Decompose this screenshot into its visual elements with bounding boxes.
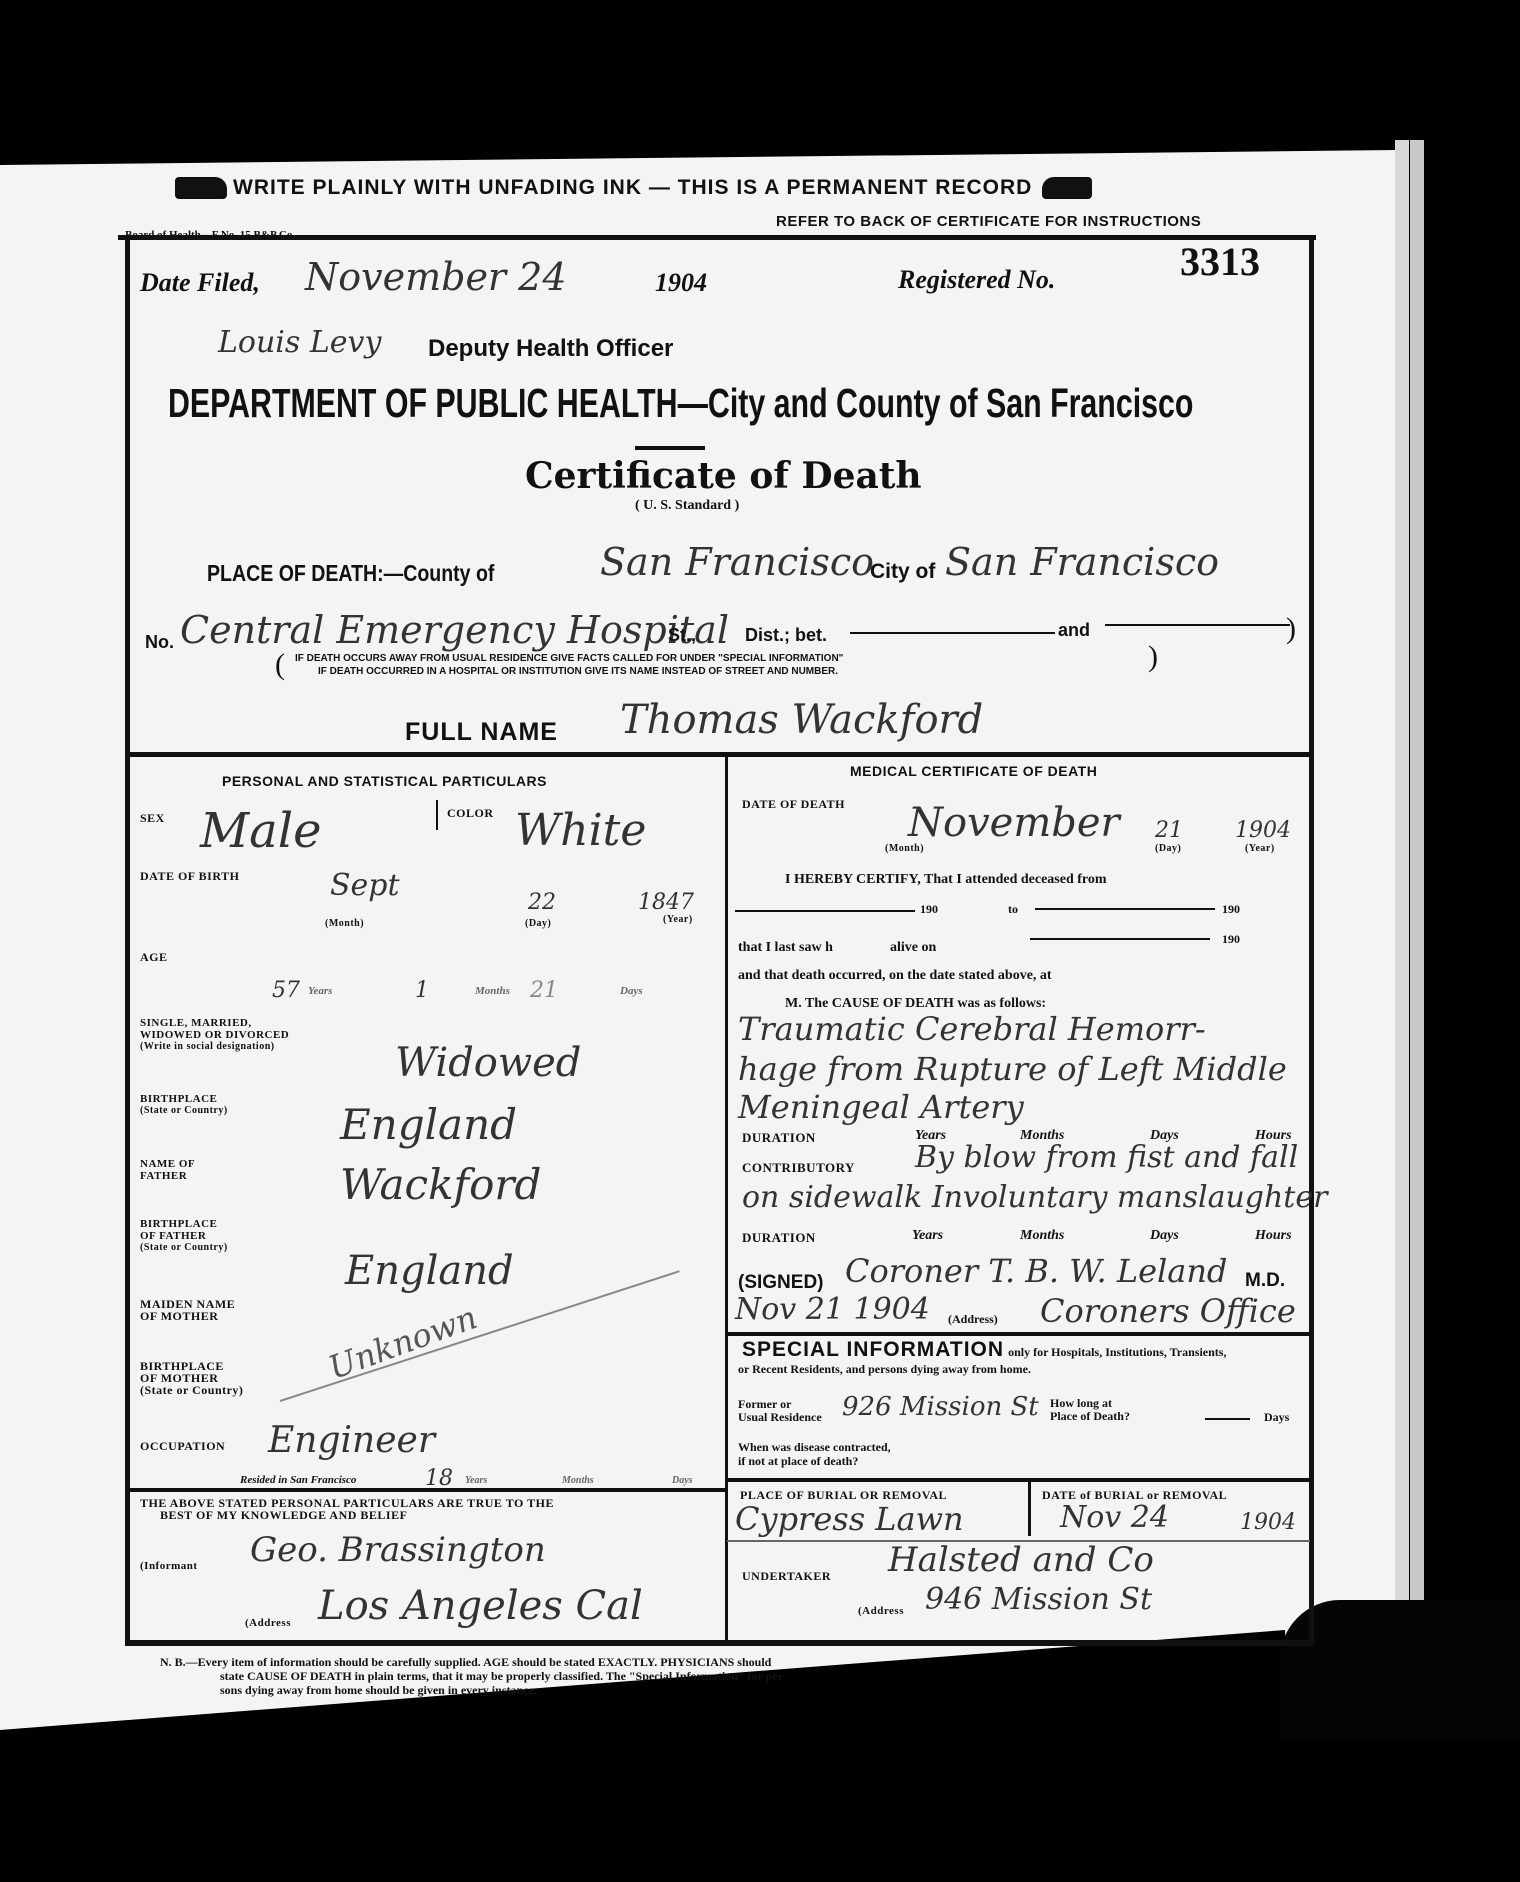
father-bp-label-line: (State or Country)	[140, 1242, 228, 1254]
date-filed-year: 1904	[655, 268, 707, 298]
dod-day-caption: (Day)	[1155, 843, 1181, 855]
contracted-label: When was disease contracted, if not at p…	[738, 1440, 891, 1468]
dob-month: Sept	[330, 868, 400, 903]
paren-open: (	[275, 648, 285, 682]
statement-line: BEST OF MY KNOWLEDGE AND BELIEF	[140, 1509, 554, 1521]
certificate-subtitle: ( U. S. Standard )	[635, 498, 739, 514]
year-prefix: 190	[920, 902, 938, 917]
year-prefix: 190	[1222, 932, 1240, 947]
duration-months-2: Months	[1020, 1228, 1064, 1244]
footer-note: N. B.—Every item of information should b…	[160, 1655, 787, 1697]
duration-label: DURATION	[742, 1132, 816, 1144]
informant-address-label: (Address	[245, 1617, 291, 1629]
informant-address: Los Angeles Cal	[318, 1583, 643, 1629]
officer-signature: Louis Levy	[218, 325, 381, 360]
contracted-label-line: When was disease contracted,	[738, 1440, 891, 1454]
contracted-label-line: if not at place of death?	[738, 1454, 891, 1468]
frame-top	[118, 235, 1316, 240]
year-prefix: 190	[1222, 902, 1240, 917]
burial-divider	[727, 1478, 1310, 1482]
place-of-death-label: PLACE OF DEATH:—County of	[207, 560, 494, 587]
pointing-hand-icon	[1042, 177, 1092, 199]
mother-label-line: OF MOTHER	[140, 1310, 235, 1322]
dob-month-caption: (Month)	[325, 918, 364, 930]
dod-month-caption: (Month)	[885, 843, 924, 855]
and-label: and	[1058, 620, 1090, 641]
marital-label-line: SINGLE, MARRIED,	[140, 1017, 289, 1029]
age-months: 1	[415, 978, 429, 1003]
cause-line-1: Traumatic Cerebral Hemorr-	[738, 1010, 1206, 1048]
frame-right	[1309, 238, 1314, 1643]
burial-place-value: Cypress Lawn	[735, 1500, 964, 1538]
informant-label: (Informant	[140, 1560, 198, 1572]
date-filed-value: November 24	[305, 255, 567, 299]
resided-years-label: Years	[465, 1475, 487, 1486]
cause-line-2: hage from Rupture of Left Middle	[738, 1050, 1287, 1088]
marital-label-line: (Write in social designation)	[140, 1041, 289, 1053]
birthplace-label-line: BIRTHPLACE	[140, 1093, 228, 1105]
informant-name: Geo. Brassington	[250, 1530, 546, 1570]
father-bp-label-line: BIRTHPLACE	[140, 1218, 228, 1230]
attended-to-line	[1035, 908, 1215, 910]
father-name-label: NAME OF FATHER	[140, 1158, 195, 1182]
undertaker-address-label: (Address	[858, 1605, 904, 1617]
days-label: Days	[1264, 1410, 1289, 1425]
duration-label-2: DURATION	[742, 1232, 816, 1244]
city-label: City of	[870, 560, 935, 584]
special-divider	[727, 1332, 1310, 1336]
street-label: St.,	[668, 625, 696, 646]
father-label-line: NAME OF	[140, 1158, 195, 1170]
duration-years-2: Years	[912, 1228, 943, 1244]
duration-days-2: Days	[1150, 1228, 1179, 1244]
father-bp-label-line: OF FATHER	[140, 1230, 228, 1242]
sex-color-divider	[436, 800, 438, 830]
column-divider	[725, 755, 728, 1640]
former-label-line: Usual Residence	[738, 1411, 822, 1424]
special-subtitle-2: or Recent Residents, and persons dying a…	[738, 1362, 1031, 1377]
how-long-label-line: Place of Death?	[1050, 1410, 1130, 1423]
paren-close: )	[1148, 640, 1158, 674]
resided-label: Resided in San Francisco	[240, 1474, 356, 1486]
how-long-label: How long at Place of Death?	[1050, 1397, 1130, 1423]
age-months-label: Months	[475, 985, 510, 997]
marital-label-line: WIDOWED OR DIVORCED	[140, 1029, 289, 1041]
special-title: SPECIAL INFORMATION	[742, 1338, 1004, 1361]
contributory-line-2: on sidewalk Involuntary manslaughter	[742, 1180, 1327, 1215]
age-days: 21	[530, 978, 558, 1003]
birthplace-label-line: (State or Country)	[140, 1105, 228, 1117]
dod-year: 1904	[1235, 818, 1291, 843]
birthplace-label: BIRTHPLACE (State or Country)	[140, 1093, 228, 1117]
md-label: M.D.	[1245, 1270, 1285, 1292]
signed-label: (SIGNED)	[738, 1272, 824, 1294]
paren-close: )	[1286, 612, 1296, 646]
district-line	[850, 632, 1055, 634]
age-days-label: Days	[620, 985, 643, 997]
mother-name-label: MAIDEN NAME OF MOTHER	[140, 1298, 235, 1322]
dob-label: DATE OF BIRTH	[140, 870, 239, 882]
father-birthplace-label: BIRTHPLACE OF FATHER (State or Country)	[140, 1218, 228, 1254]
section-divider	[130, 752, 1310, 757]
officer-title: Deputy Health Officer	[428, 335, 673, 363]
street-no-value: Central Emergency Hospital	[180, 608, 729, 652]
dob-year: 1847	[638, 890, 694, 915]
occupation-value: Engineer	[268, 1420, 435, 1461]
mother-bp-label-line: (State or Country)	[140, 1384, 243, 1396]
former-residence-label: Former or Usual Residence	[738, 1398, 822, 1424]
attended-from-line	[735, 910, 915, 912]
dod-day: 21	[1155, 818, 1183, 843]
dod-month: November	[908, 800, 1120, 846]
contributory-line-1: By blow from fist and fall	[915, 1140, 1298, 1175]
personal-heading: PERSONAL AND STATISTICAL PARTICULARS	[222, 773, 547, 789]
full-name-label: FULL NAME	[405, 718, 558, 747]
last-saw-label: that I last saw h	[738, 940, 833, 956]
department-title: DEPARTMENT OF PUBLIC HEALTH—City and Cou…	[168, 380, 1193, 427]
sign-date: Nov 21 1904	[735, 1292, 930, 1327]
note-hospital: IF DEATH OCCURRED IN A HOSPITAL OR INSTI…	[318, 666, 838, 677]
certificate-title: Certificate of Death	[525, 455, 922, 497]
burial-date-value: Nov 24	[1060, 1500, 1169, 1535]
undertaker-value: Halsted and Co	[888, 1540, 1154, 1580]
note-usual-residence: IF DEATH OCCURS AWAY FROM USUAL RESIDENC…	[295, 653, 843, 664]
to-label: to	[1008, 902, 1018, 917]
father-name-value: Wackford	[340, 1160, 541, 1209]
registered-number: 3313	[1180, 238, 1260, 285]
sex-label: SEX	[140, 812, 165, 824]
informant-divider	[130, 1488, 727, 1492]
undertaker-address: 946 Mission St	[925, 1582, 1152, 1617]
street-no-label: No.	[145, 632, 174, 653]
title-rule	[635, 446, 705, 450]
resided-months-label: Months	[562, 1475, 594, 1486]
special-heading: SPECIAL INFORMATION only for Hospitals, …	[742, 1338, 1226, 1362]
color-label: COLOR	[447, 807, 494, 819]
dob-day-caption: (Day)	[525, 918, 551, 930]
undertaker-label: UNDERTAKER	[742, 1570, 831, 1582]
footer-line: N. B.—Every item of information should b…	[160, 1655, 787, 1669]
date-filed-label: Date Filed,	[140, 268, 260, 298]
father-label-line: FATHER	[140, 1170, 195, 1182]
duration-hours-2: Hours	[1255, 1228, 1292, 1244]
occupation-label: OCCUPATION	[140, 1440, 225, 1452]
father-birthplace-value: England	[345, 1248, 514, 1294]
burial-year-value: 1904	[1240, 1510, 1296, 1535]
cause-line-3: Meningeal Artery	[738, 1088, 1024, 1126]
ink-warning: WRITE PLAINLY WITH UNFADING INK — THIS I…	[175, 176, 1092, 200]
resided-days-label: Days	[672, 1475, 693, 1486]
certify-statement: I HEREBY CERTIFY, That I attended deceas…	[785, 872, 1107, 888]
death-occurred-label: and that death occurred, on the date sta…	[738, 968, 1052, 984]
birthplace-value: England	[340, 1100, 517, 1149]
medical-heading: MEDICAL CERTIFICATE OF DEATH	[850, 763, 1097, 779]
dod-label: DATE OF DEATH	[742, 798, 845, 810]
footer-line: state CAUSE OF DEATH in plain terms, tha…	[160, 1669, 787, 1683]
contributory-label: CONTRIBUTORY	[742, 1162, 855, 1174]
city-value: San Francisco	[945, 540, 1219, 584]
page-edge	[1395, 140, 1409, 1740]
medical-address: Coroners Office	[1040, 1292, 1296, 1330]
how-long-line	[1205, 1418, 1250, 1420]
alive-on-line	[1030, 938, 1210, 940]
page-edge	[1410, 140, 1424, 1740]
dob-year-caption: (Year)	[663, 914, 693, 926]
marital-value: Widowed	[395, 1040, 581, 1086]
dod-year-caption: (Year)	[1245, 843, 1275, 855]
special-subtitle: only for Hospitals, Institutions, Transi…	[1008, 1345, 1226, 1359]
marital-label: SINGLE, MARRIED, WIDOWED OR DIVORCED (Wr…	[140, 1017, 289, 1053]
age-years: 57	[272, 978, 300, 1003]
refer-instructions: REFER TO BACK OF CERTIFICATE FOR INSTRUC…	[776, 213, 1201, 230]
sex-value: Male	[200, 803, 322, 859]
alive-on-label: alive on	[890, 940, 936, 956]
dob-day: 22	[528, 890, 556, 915]
signed-by: Coroner T. B. W. Leland	[845, 1252, 1227, 1290]
full-name-value: Thomas Wackford	[620, 697, 983, 743]
footer-line: sons dying away from home should be give…	[160, 1683, 787, 1697]
age-label: AGE	[140, 951, 168, 963]
pointing-hand-icon	[175, 177, 227, 199]
age-years-label: Years	[308, 985, 332, 997]
burial-column-divider	[1028, 1478, 1031, 1536]
former-residence-value: 926 Mission St	[842, 1392, 1039, 1422]
and-line	[1105, 624, 1290, 626]
scan-shadow	[1280, 1600, 1520, 1740]
mother-birthplace-label: BIRTHPLACE OF MOTHER (State or Country)	[140, 1360, 243, 1396]
frame-left	[125, 238, 130, 1643]
medical-address-label: (Address)	[948, 1312, 998, 1327]
frame-bottom	[125, 1640, 1314, 1646]
color-value: White	[515, 805, 646, 856]
registered-label: Registered No.	[898, 265, 1055, 295]
county-value: San Francisco	[600, 540, 874, 584]
district-label: Dist.; bet.	[745, 625, 827, 646]
informant-statement: THE ABOVE STATED PERSONAL PARTICULARS AR…	[140, 1497, 554, 1521]
